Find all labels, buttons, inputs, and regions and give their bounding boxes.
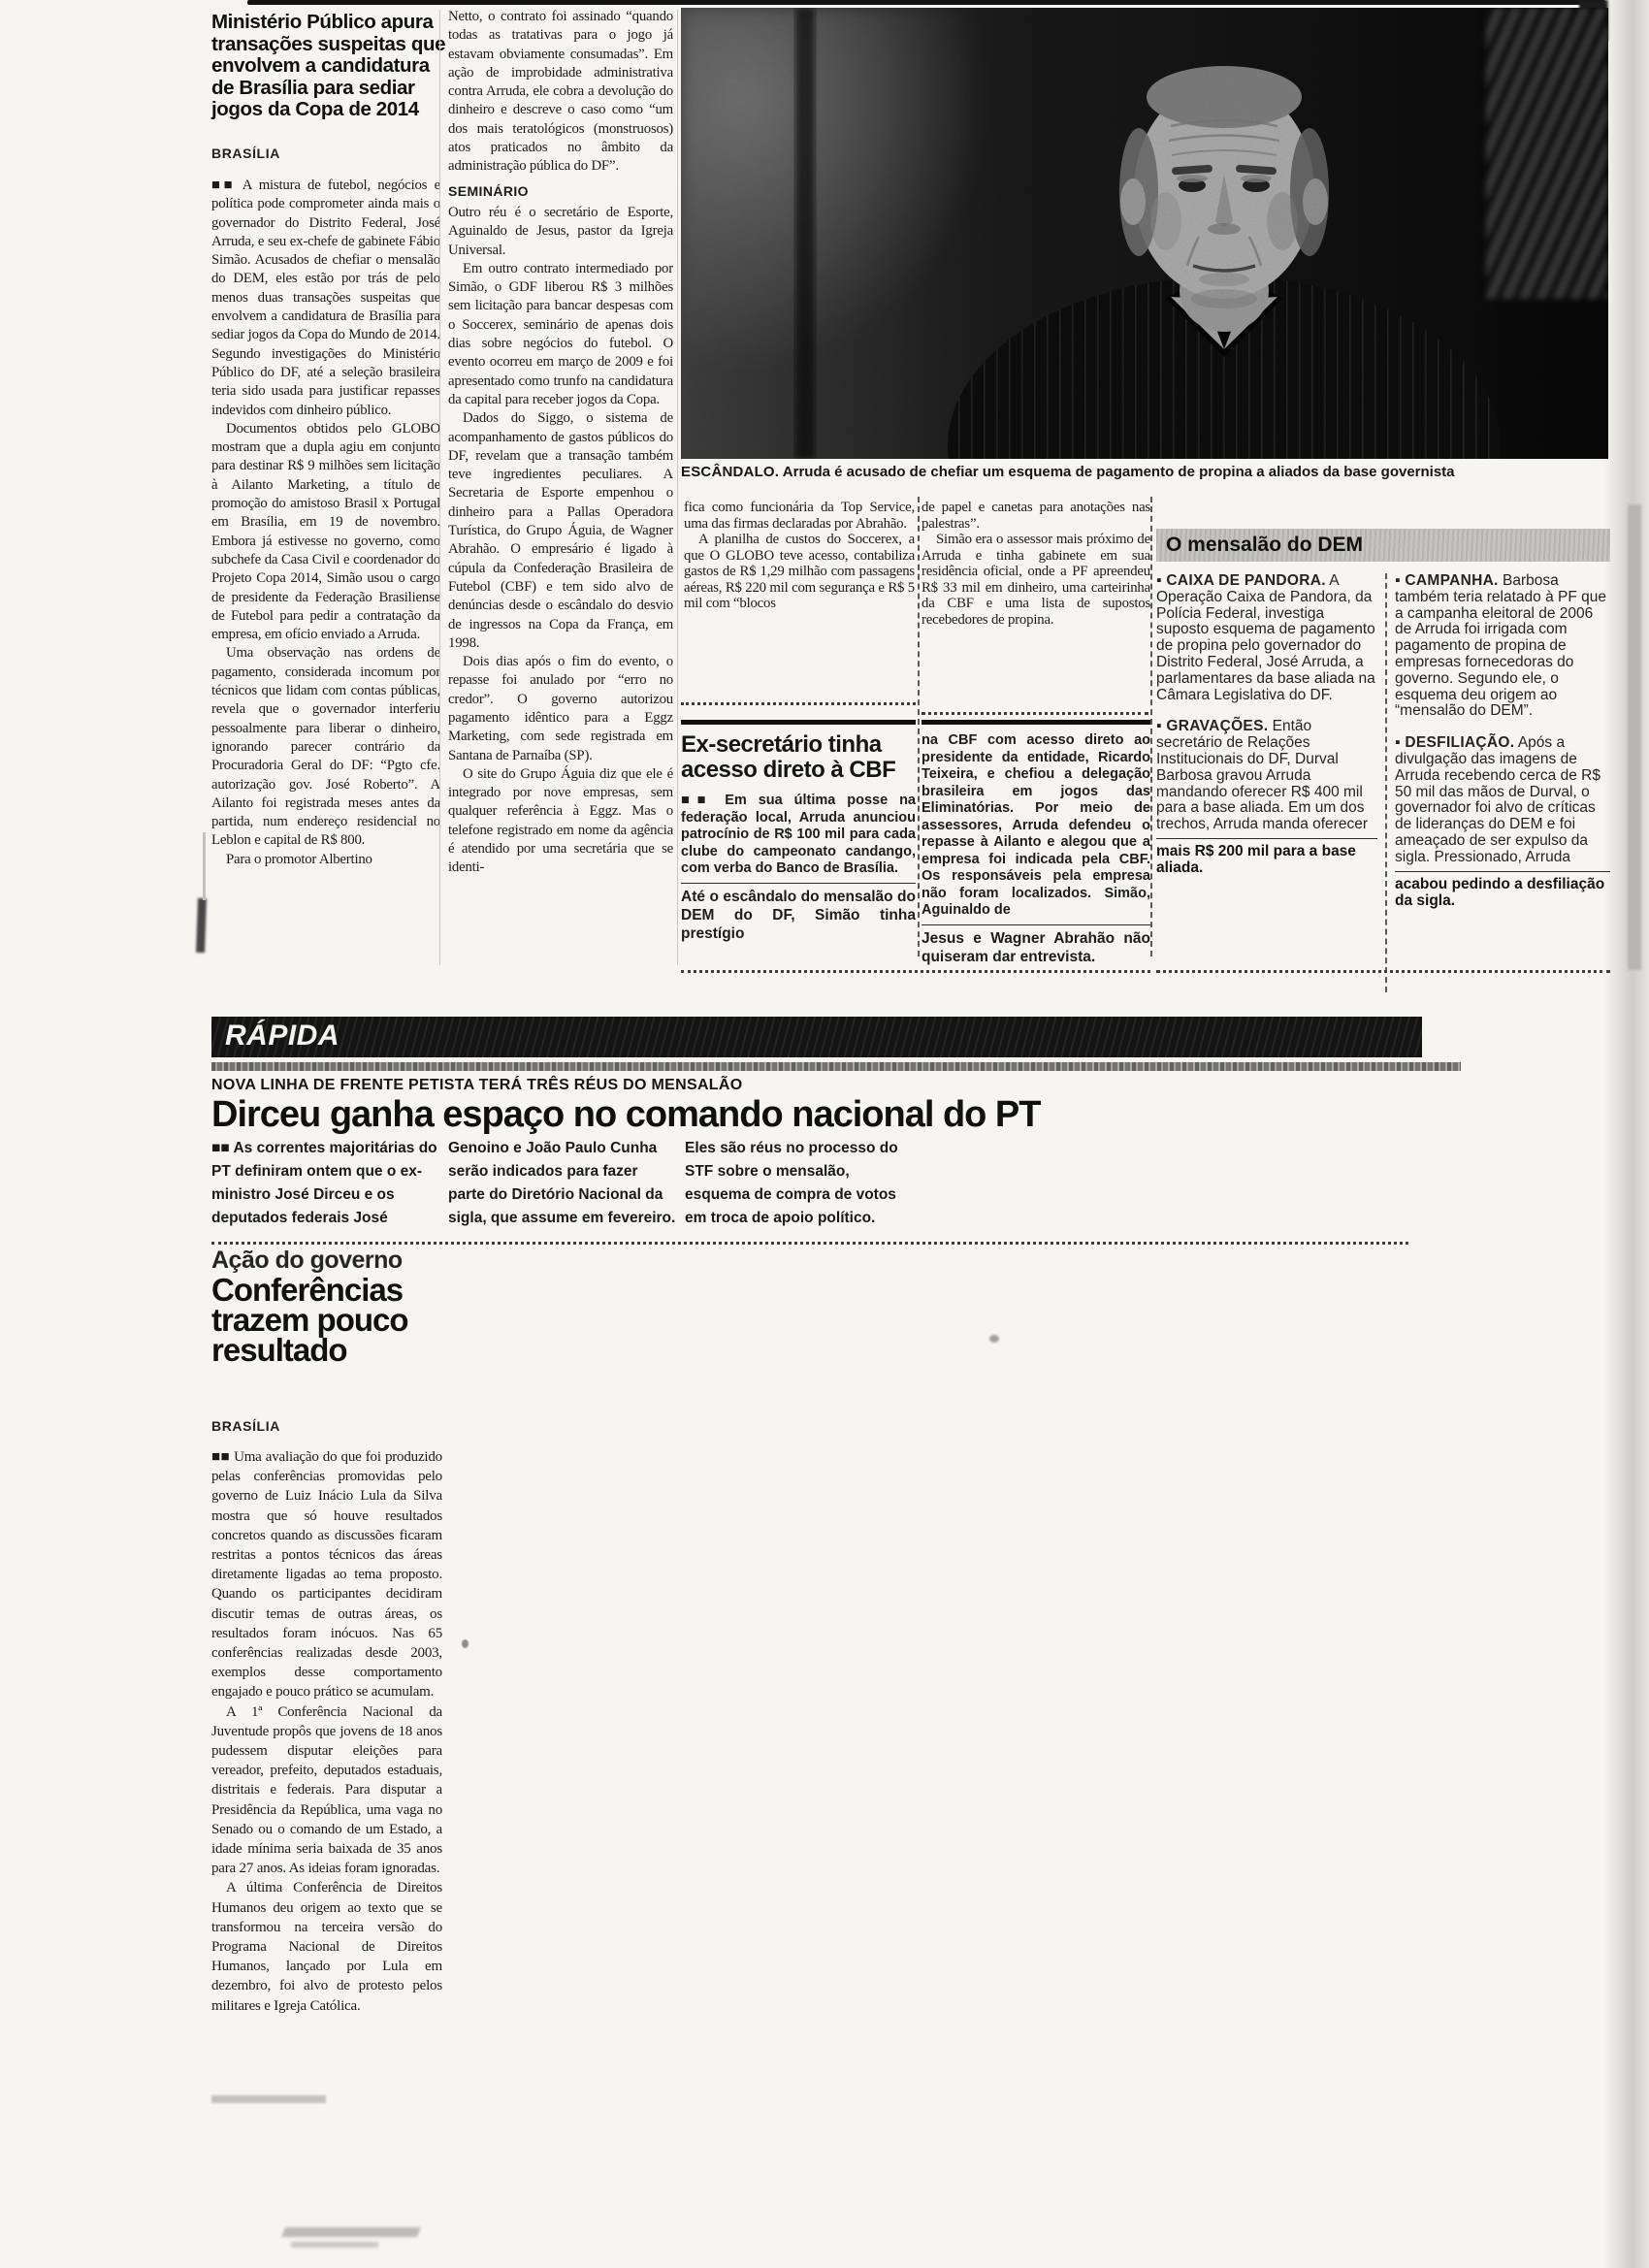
main-column-4: de papel e canetas para anotações nas pa… xyxy=(921,500,1150,711)
rapida-banner-label: RÁPIDA xyxy=(225,1020,339,1052)
main-headline: Ministério Público apura transações susp… xyxy=(211,12,446,121)
dotted-rule xyxy=(681,970,1150,973)
scan-pencil-mark-2 xyxy=(291,2242,378,2248)
rapida-summary-col-3: Eles são réus no processo do STF sobre o… xyxy=(685,1137,914,1230)
caption-label: ESCÂNDALO. xyxy=(681,464,779,480)
sidebar-title: O mensalão do DEM xyxy=(1156,529,1610,562)
paragraph: fica como funcionária da Top Service, um… xyxy=(684,500,915,532)
subhead-seminario: SEMINÁRIO xyxy=(448,182,673,201)
conferencias-body: ■■ Uma avaliação do que foi produzido pe… xyxy=(211,1447,442,2092)
sidebar-item-bold: mais R$ 200 mil para a base aliada. xyxy=(1156,843,1377,877)
cbf-box-headline: Ex-secretário tinha acesso direto à CBF xyxy=(681,732,916,783)
sidebar-item: ▪ CAMPANHA. Barbosa também teria relatad… xyxy=(1395,573,1610,720)
paragraph: ■■ A mistura de futebol, negócios e polí… xyxy=(211,177,440,420)
column-rule xyxy=(677,10,678,965)
newspaper-scan-page: Ministério Público apura transações susp… xyxy=(0,0,1649,2268)
cbf-sub-story-continuation: na CBF com acesso direto ao presidente d… xyxy=(921,720,1150,966)
cbf-box-continuation: na CBF com acesso direto ao presidente d… xyxy=(921,732,1150,920)
paragraph: de papel e canetas para anotações nas pa… xyxy=(921,500,1150,532)
photo-illustration xyxy=(681,8,1608,459)
rapida-summary-col-1: ■■ As correntes majoritárias do PT defin… xyxy=(211,1137,440,1230)
sidebar-item: ▪ DESFILIAÇÃO. Após a divulgação das ima… xyxy=(1395,735,1610,909)
dotted-rule xyxy=(1156,970,1610,973)
paragraph: O site do Grupo Águia diz que ele é inte… xyxy=(448,765,673,878)
paragraph: Netto, o contrato foi assinado “quando t… xyxy=(448,8,673,177)
dashed-column-divider xyxy=(918,497,920,956)
photo-arruda xyxy=(681,8,1608,459)
rapida-summary-col-2: Genoino e João Paulo Cunha serão indicad… xyxy=(448,1137,677,1230)
cbf-box-body-bold: Até o escândalo do mensalão do DEM do DF… xyxy=(681,888,916,943)
sidebar-item-bold: acabou pedindo a desfiliação da sigla. xyxy=(1395,876,1610,910)
cbf-sub-story: Ex-secretário tinha acesso direto à CBF … xyxy=(681,720,916,943)
paragraph: Em outro contrato intermediado por Simão… xyxy=(448,260,673,409)
photo-caption: ESCÂNDALO. Arruda é acusado de chefiar u… xyxy=(681,464,1608,480)
main-dateline: BRASÍLIA xyxy=(211,146,280,161)
conferencias-headline: Conferências trazem pouco resultado xyxy=(211,1275,460,1365)
rapida-banner: RÁPIDA xyxy=(211,1017,1422,1057)
conferencias-dateline: BRASÍLIA xyxy=(211,1418,280,1434)
paragraph: A última Conferência de Direitos Humanos… xyxy=(211,1878,442,2015)
paragraph: Documentos obtidos pelo GLOBO mostram qu… xyxy=(211,420,440,645)
sidebar-item-label: ▪ DESFILIAÇÃO. xyxy=(1395,734,1514,751)
mensalao-sidebar: O mensalão do DEM ▪ CAIXA DE PANDORA. A … xyxy=(1156,529,1610,573)
conferencias-kicker: Ação do governo xyxy=(211,1247,403,1275)
hairline-rule xyxy=(1156,838,1377,839)
sidebar-item-label: ▪ CAMPANHA. xyxy=(1395,572,1499,589)
textured-rule xyxy=(211,1062,1461,1071)
paragraph: Simão era o assessor mais próximo de Arr… xyxy=(921,532,1150,628)
cbf-box-continuation-bold: Jesus e Wagner Abrahão não quiseram dar … xyxy=(921,929,1150,966)
main-column-2: Netto, o contrato foi assinado “quando t… xyxy=(448,8,673,988)
scan-speck-2 xyxy=(989,1335,999,1343)
sidebar-item-text: Após a divulgação das imagens de Arruda … xyxy=(1395,734,1600,865)
hairline-rule xyxy=(921,924,1150,925)
sidebar-item: ▪ CAIXA DE PANDORA. A Operação Caixa de … xyxy=(1156,573,1377,703)
paragraph: Outro réu é o secretário de Esporte, Agu… xyxy=(448,204,673,260)
hairline-rule xyxy=(1395,871,1610,872)
credit-smudge xyxy=(211,2095,326,2103)
dotted-rule xyxy=(921,712,1148,715)
scan-left-scratch xyxy=(203,832,206,900)
sidebar-right-column: ▪ CAMPANHA. Barbosa também teria relatad… xyxy=(1395,573,1610,923)
paragraph: A 1ª Conferência Nacional da Juventude p… xyxy=(211,1702,442,1879)
rapida-headline: Dirceu ganha espaço no comando nacional … xyxy=(211,1094,1395,1136)
cbf-box-body: ■■ Em sua última posse na federação loca… xyxy=(681,793,916,878)
rapida-kicker: NOVA LINHA DE FRENTE PETISTA TERÁ TRÊS R… xyxy=(211,1077,1375,1094)
scan-right-dark-streak xyxy=(1628,504,1641,970)
paragraph: ■■ Uma avaliação do que foi produzido pe… xyxy=(211,1447,442,1702)
scan-left-smudge xyxy=(196,898,207,953)
dotted-rule xyxy=(681,702,916,705)
sidebar-item: ▪ GRAVAÇÕES. Então secretário de Relaçõe… xyxy=(1156,719,1377,877)
hairline-rule xyxy=(681,883,916,884)
box-top-bar xyxy=(681,720,916,725)
box-top-bar xyxy=(921,720,1150,725)
main-column-3: fica como funcionária da Top Service, um… xyxy=(684,500,915,635)
paragraph: Para o promotor Albertino xyxy=(211,851,440,869)
scan-speck-1 xyxy=(462,1639,469,1648)
sidebar-item-text: Barbosa também teria relatado à PF que a… xyxy=(1395,572,1606,719)
scan-right-edge-band xyxy=(1604,0,1649,2268)
caption-text: Arruda é acusado de chefiar um esquema d… xyxy=(783,464,1455,480)
sidebar-dashed-divider xyxy=(1385,573,1387,992)
paragraph: Dados do Siggo, o sistema de acompanhame… xyxy=(448,409,673,653)
sidebar-left-column: ▪ CAIXA DE PANDORA. A Operação Caixa de … xyxy=(1156,573,1377,891)
scan-pencil-mark-1 xyxy=(281,2227,421,2237)
dashed-column-divider xyxy=(1150,497,1152,956)
sidebar-item-text: A Operação Caixa de Pandora, da Polícia … xyxy=(1156,572,1375,703)
sidebar-item-label: ▪ GRAVAÇÕES. xyxy=(1156,718,1268,734)
paragraph: Dois dias após o fim do evento, o repass… xyxy=(448,653,673,765)
sidebar-item-label: ▪ CAIXA DE PANDORA. xyxy=(1156,572,1326,589)
scan-top-strip xyxy=(247,0,1605,5)
sidebar-item-text: Então secretário de Relações Institucion… xyxy=(1156,718,1368,832)
main-column-1: ■■ A mistura de futebol, negócios e polí… xyxy=(211,177,440,948)
dotted-rule xyxy=(211,1242,1408,1245)
paragraph: A planilha de custos do Soccerex, a que … xyxy=(684,532,915,612)
paragraph: Uma observação nas ordens de pagamento, … xyxy=(211,644,440,850)
